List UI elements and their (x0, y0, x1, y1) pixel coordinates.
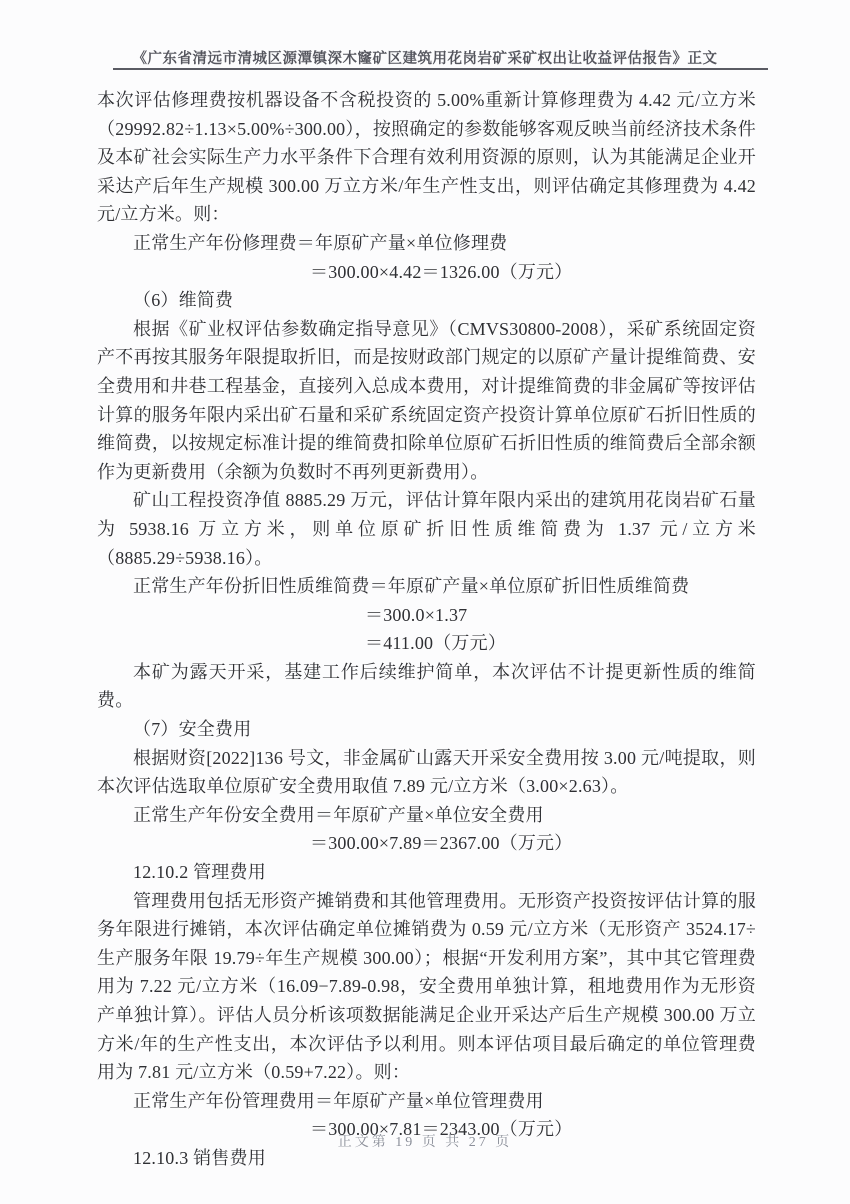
formula-line: 正常生产年份折旧性质维简费＝年原矿产量×单位原矿折旧性质维简费 (97, 572, 756, 601)
formula-line: 正常生产年份管理费用＝年原矿产量×单位管理费用 (97, 1087, 756, 1116)
section-heading: （6）维简费 (97, 286, 756, 315)
paragraph: 本矿为露天开采，基建工作后续维护简单，本次评估不计提更新性质的维简费。 (97, 658, 756, 715)
section-heading: 12.10.2 管理费用 (97, 858, 756, 887)
formula-continuation: ＝300.00×7.89＝2367.00（万元） (97, 829, 756, 858)
formula-continuation: ＝411.00（万元） (97, 629, 756, 658)
paragraph: 本次评估修理费按机器设备不含税投资的 5.00%重新计算修理费为 4.42 元/… (97, 86, 756, 229)
formula-line: 正常生产年份修理费＝年原矿产量×单位修理费 (97, 229, 756, 258)
formula-line: 正常生产年份安全费用＝年原矿产量×单位安全费用 (97, 801, 756, 830)
document-page: 《广东省清远市清城区源潭镇深木窿矿区建筑用花岗岩矿采矿权出让收益评估报告》正文 … (0, 0, 850, 1204)
paragraph: 矿山工程投资净值 8885.29 万元，评估计算年限内采出的建筑用花岗岩矿石量为… (97, 486, 756, 572)
document-body: 本次评估修理费按机器设备不含税投资的 5.00%重新计算修理费为 4.42 元/… (97, 86, 756, 1173)
page-number: 正文第 19 页 共 27 页 (338, 1135, 513, 1150)
paragraph: 根据《矿业权评估参数确定指导意见》（CMVS30800-2008），采矿系统固定… (97, 315, 756, 487)
section-heading: （7）安全费用 (97, 715, 756, 744)
formula-continuation: ＝300.00×4.42＝1326.00（万元） (97, 258, 756, 287)
paragraph: 根据财资[2022]136 号文，非金属矿山露天开采安全费用按 3.00 元/吨… (97, 744, 756, 801)
page-footer: 正文第 19 页 共 27 页 (0, 1131, 850, 1151)
paragraph: 管理费用包括无形资产摊销费和其他管理费用。无形资产投资按评估计算的服务年限进行摊… (97, 887, 756, 1087)
formula-continuation: ＝300.0×1.37 (97, 601, 756, 630)
report-title: 《广东省清远市清城区源潭镇深木窿矿区建筑用花岗岩矿采矿权出让收益评估报告》正文 (0, 47, 850, 68)
header-divider (113, 68, 768, 70)
